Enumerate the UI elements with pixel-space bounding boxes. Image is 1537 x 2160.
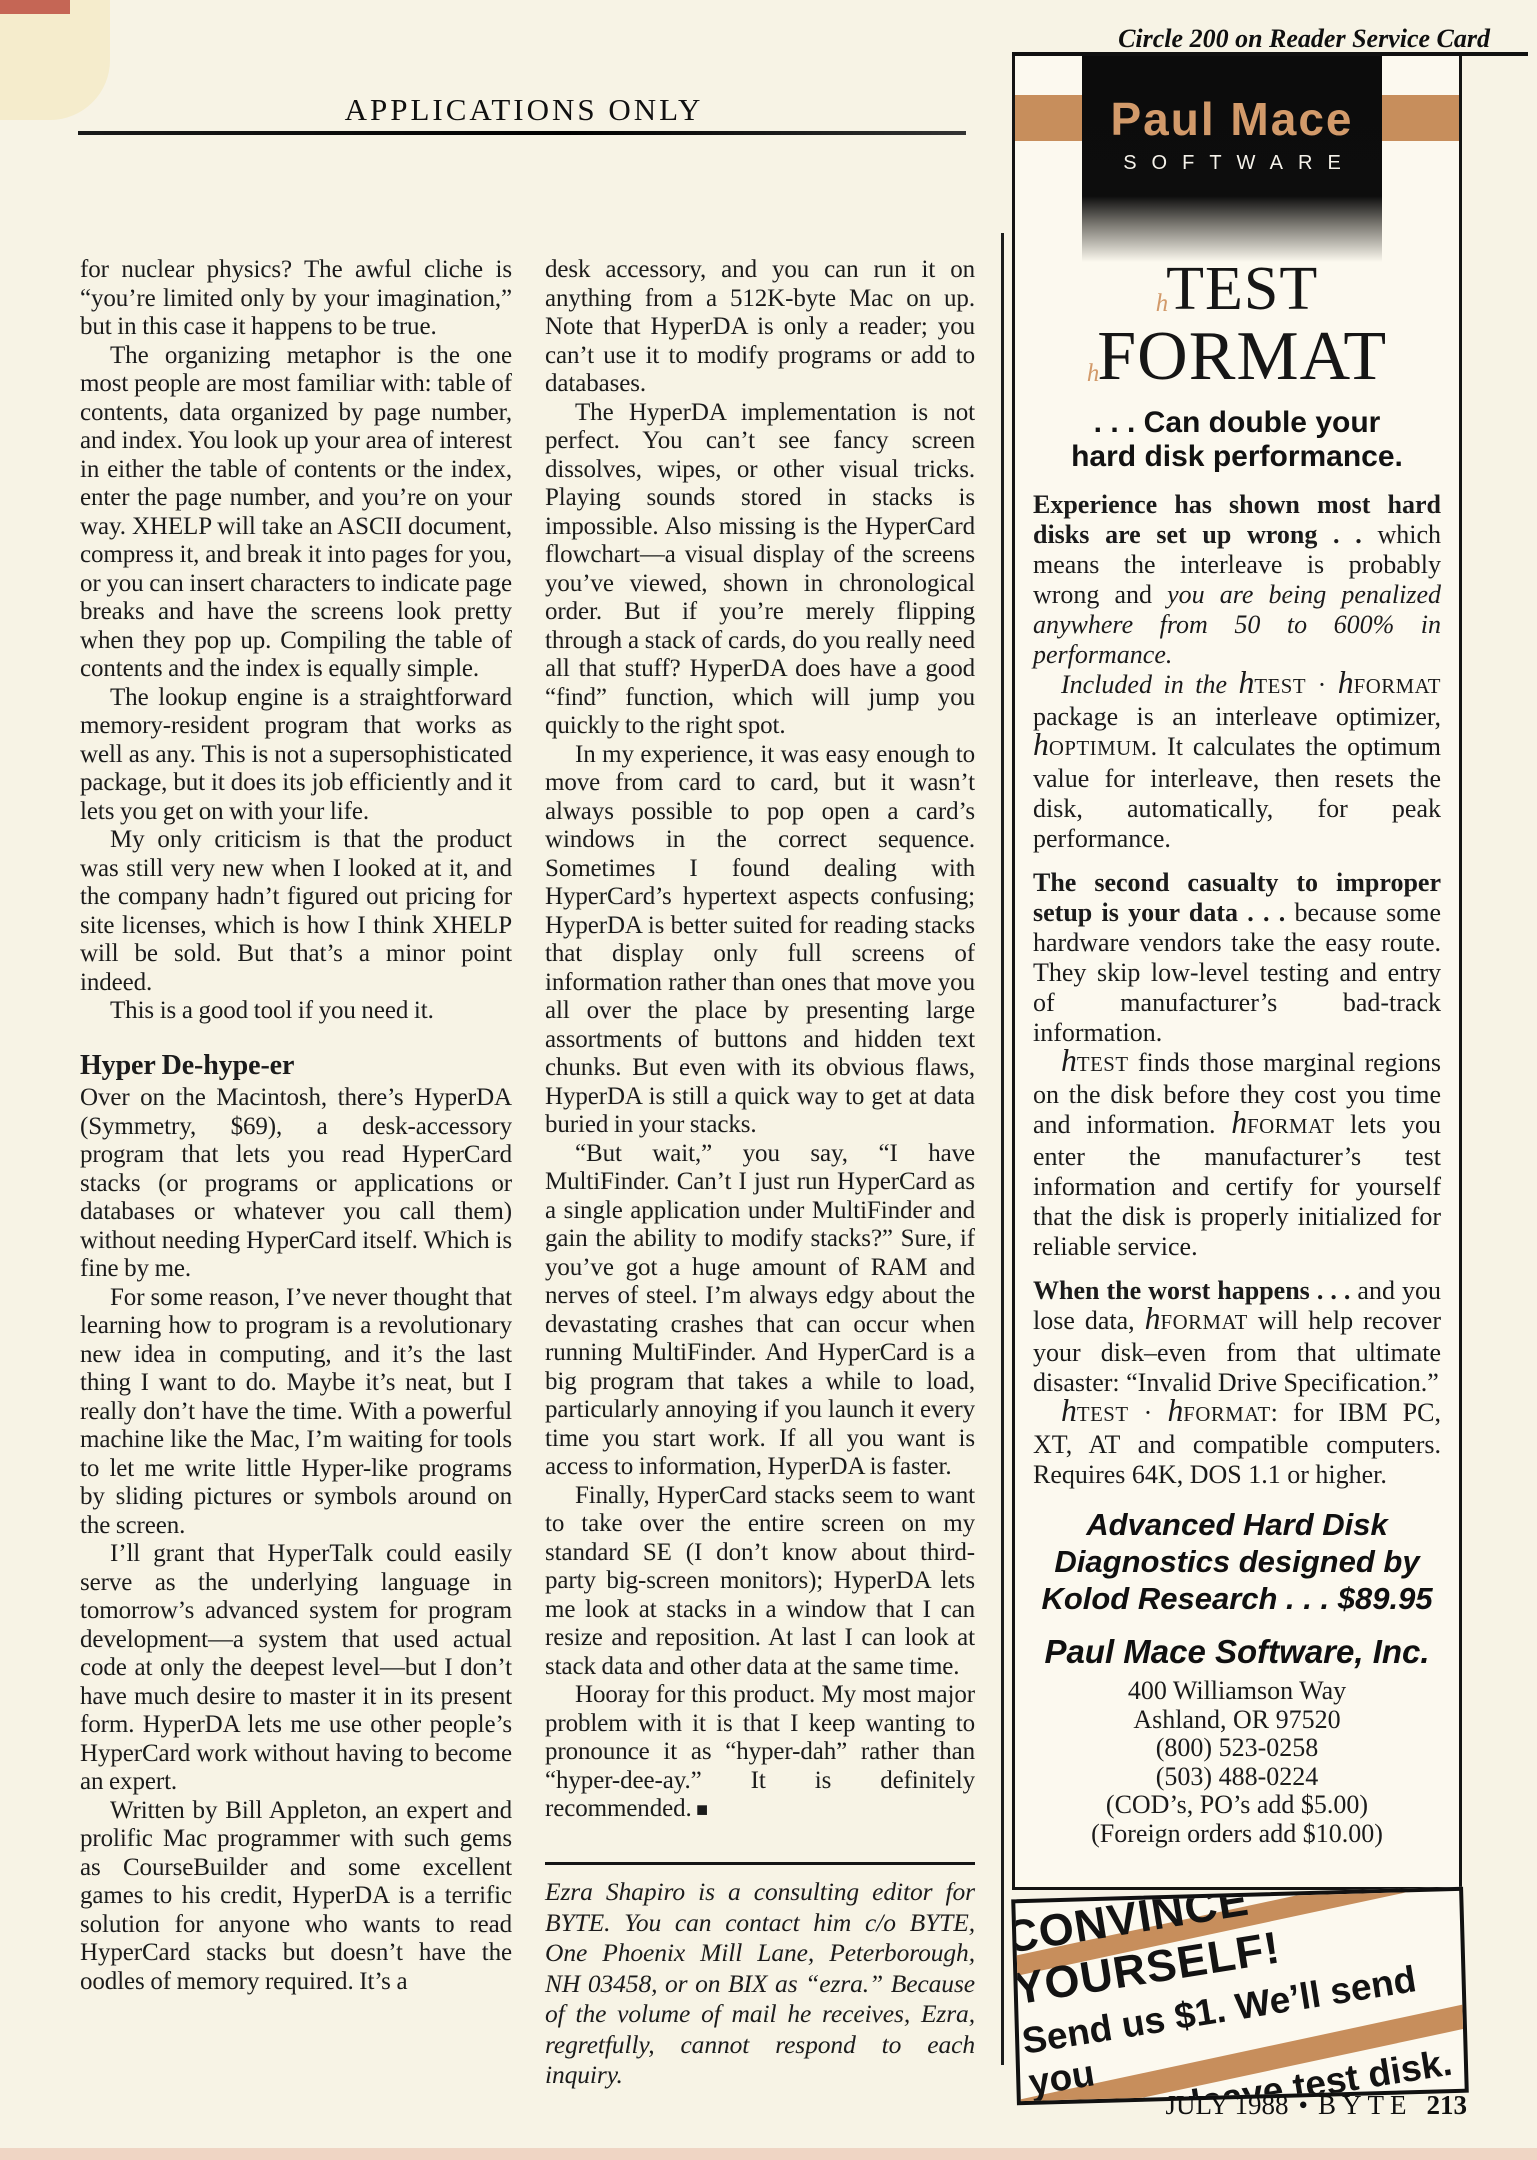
paragraph: This is a good tool if you need it. bbox=[80, 997, 512, 1026]
tagline-line: hard disk performance. bbox=[1015, 440, 1459, 474]
tagline-line: . . . Can double your bbox=[1015, 406, 1459, 440]
text-line: Kolod Research . . . $89.95 bbox=[1015, 1580, 1459, 1617]
text-line: (800) 523-0258 bbox=[1015, 1734, 1459, 1763]
paragraph: The HyperDA implementation is not perfec… bbox=[545, 399, 975, 741]
paragraph: Over on the Macintosh, there’s HyperDA (… bbox=[80, 1084, 512, 1284]
footer-page-number: 213 bbox=[1427, 2090, 1468, 2120]
header-rule bbox=[78, 131, 966, 135]
paragraph: Experience has shown most hard disks are… bbox=[1033, 490, 1441, 670]
page-footer: JULY 1988•BYTE213 bbox=[1166, 2090, 1468, 2121]
text-line: (503) 488-0224 bbox=[1015, 1763, 1459, 1792]
article-subheading: Hyper De-hype-er bbox=[80, 1052, 512, 1081]
paragraph: desk accessory, and you can run it on an… bbox=[545, 256, 975, 399]
paragraph: for nuclear physics? The awful cliche is… bbox=[80, 256, 512, 342]
scan-artifact bbox=[0, 0, 70, 14]
text-line: 400 Williamson Way bbox=[1015, 1677, 1459, 1706]
paragraph: I’ll grant that HyperTalk could easily s… bbox=[80, 1540, 512, 1797]
paragraph: Finally, HyperCard stacks seem to want t… bbox=[545, 1482, 975, 1682]
article-column-1: for nuclear physics? The awful cliche is… bbox=[80, 256, 512, 2074]
ad-tagline: . . . Can double your hard disk performa… bbox=[1015, 406, 1459, 474]
paragraph: hTEST · hFORMAT: for IBM PC, XT, AT and … bbox=[1033, 1398, 1441, 1490]
reader-service-note: Circle 200 on Reader Service Card bbox=[1118, 24, 1490, 54]
paragraph: When the worst happens . . . and you los… bbox=[1033, 1276, 1441, 1398]
text-line: Diagnostics designed by bbox=[1015, 1543, 1459, 1580]
convince-yourself-banner: CONVINCE YOURSELF! Send us $1. We’ll sen… bbox=[1011, 1887, 1469, 2106]
paragraph: The organizing metaphor is the one most … bbox=[80, 342, 512, 684]
paragraph: The second casualty to improper setup is… bbox=[1033, 868, 1441, 1048]
ad-body-copy: Experience has shown most hard disks are… bbox=[1015, 474, 1459, 1490]
footer-bullet: • bbox=[1299, 2090, 1308, 2120]
paragraph: hTEST finds those marginal regions on th… bbox=[1033, 1048, 1441, 1262]
product-headline-hformat: hFORMAT bbox=[1015, 322, 1459, 392]
text-line: Advanced Hard Disk bbox=[1015, 1506, 1459, 1543]
magazine-page: APPLICATIONS ONLY Circle 200 on Reader S… bbox=[0, 0, 1537, 2160]
bio-divider-rule bbox=[545, 1862, 975, 1865]
article-column-2-text: desk accessory, and you can run it on an… bbox=[545, 256, 975, 1846]
paragraph: “But wait,” you say, “I have MultiFinder… bbox=[545, 1140, 975, 1482]
paragraph: My only criticism is that the product wa… bbox=[80, 826, 512, 997]
kolod-research-heading: Advanced Hard DiskDiagnostics designed b… bbox=[1015, 1506, 1459, 1617]
paragraph: Ezra Shapiro is a consulting editor for … bbox=[545, 1877, 975, 2091]
paragraph: In my experience, it was easy enough to … bbox=[545, 741, 975, 1140]
text-line: Ashland, OR 97520 bbox=[1015, 1706, 1459, 1735]
column-divider-rule bbox=[1001, 233, 1004, 2065]
product-headline-htest: hTEST bbox=[1015, 258, 1459, 320]
company-name: Paul Mace Software, Inc. bbox=[1015, 1633, 1459, 1671]
banner-text: CONVINCE YOURSELF! Send us $1. We’ll sen… bbox=[1011, 1887, 1469, 2106]
product-name: FORMAT bbox=[1097, 318, 1387, 395]
author-bio: Ezra Shapiro is a consulting editor for … bbox=[545, 1877, 975, 2091]
brand-name: Paul Mace bbox=[1082, 92, 1382, 146]
text-line: (COD’s, PO’s add $5.00) bbox=[1015, 1791, 1459, 1820]
paragraph: For some reason, I’ve never thought that… bbox=[80, 1284, 512, 1541]
logo-black-box: Paul Mace SOFTWARE bbox=[1082, 56, 1382, 262]
paragraph: Included in the hTEST · hFORMAT package … bbox=[1033, 670, 1441, 854]
footer-magazine: BYTE bbox=[1318, 2090, 1413, 2120]
brand-subtitle: SOFTWARE bbox=[1082, 152, 1382, 175]
paul-mace-advertisement: Paul Mace SOFTWARE hTEST hFORMAT . . . C… bbox=[1012, 56, 1462, 1890]
company-address: 400 Williamson WayAshland, OR 97520(800)… bbox=[1015, 1677, 1459, 1848]
article-column-2: desk accessory, and you can run it on an… bbox=[545, 256, 975, 2091]
section-header: APPLICATIONS ONLY bbox=[80, 92, 968, 128]
footer-issue: JULY 1988 bbox=[1166, 2090, 1289, 2120]
paragraph: The lookup engine is a straightforward m… bbox=[80, 684, 512, 827]
product-name: TEST bbox=[1166, 255, 1318, 323]
paragraph: Hooray for this product. My most major p… bbox=[545, 1681, 975, 1825]
end-of-article-mark: ■ bbox=[692, 1799, 708, 1821]
scan-artifact bbox=[0, 2148, 1537, 2160]
paragraph: Written by Bill Appleton, an expert and … bbox=[80, 1797, 512, 1997]
paul-mace-logo: Paul Mace SOFTWARE bbox=[1015, 56, 1459, 264]
text-line: (Foreign orders add $10.00) bbox=[1015, 1820, 1459, 1849]
